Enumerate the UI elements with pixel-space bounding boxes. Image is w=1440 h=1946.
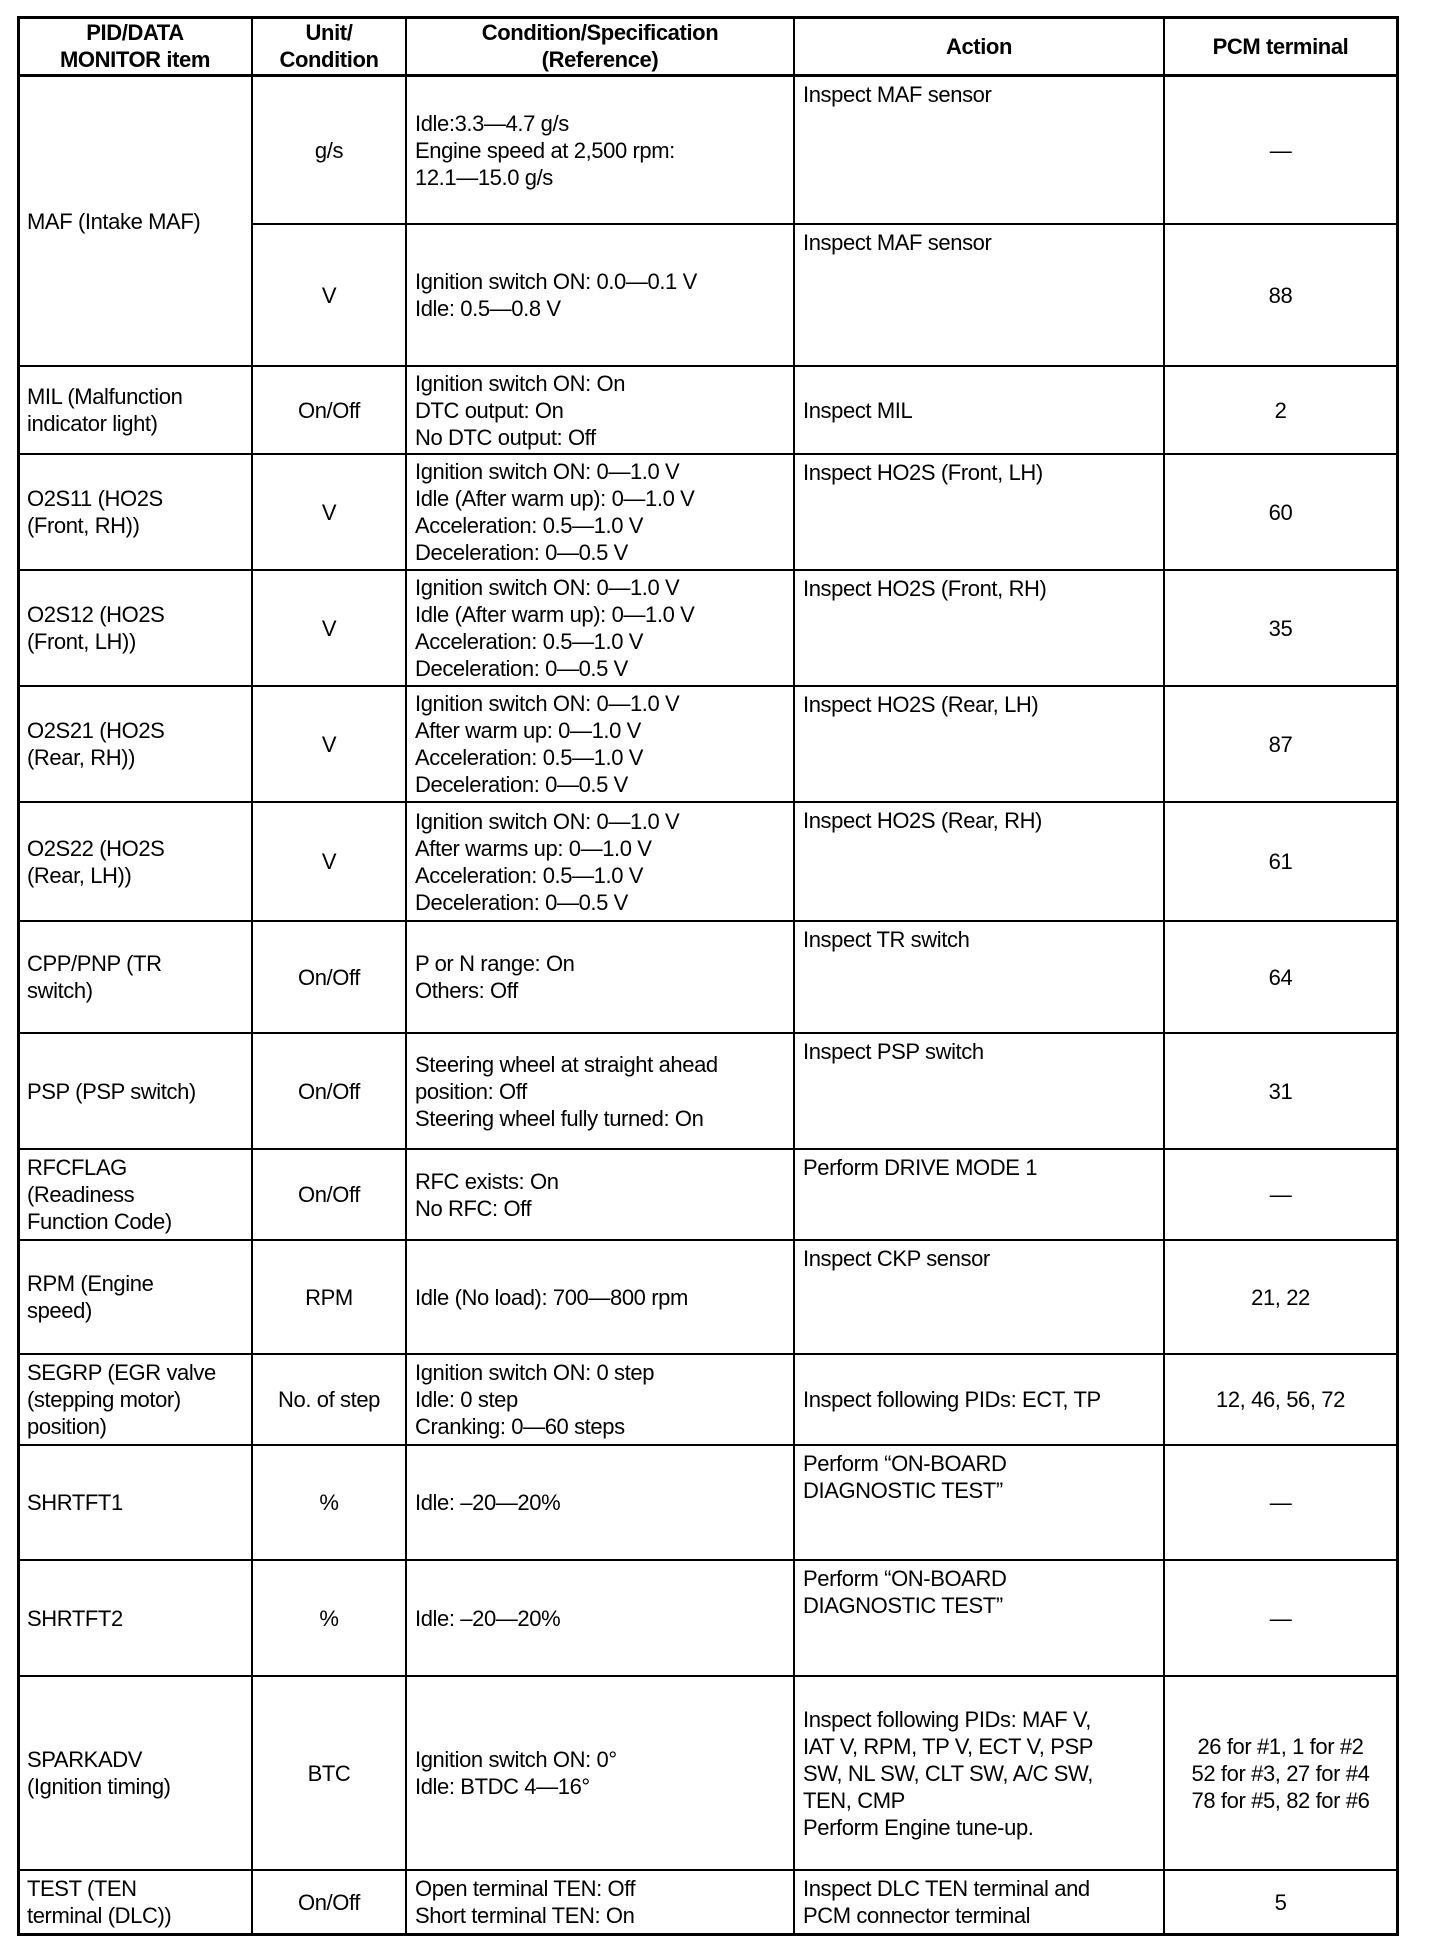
table-row-unit-text: On/Off: [298, 1889, 360, 1916]
header-unit: Unit/ Condition: [251, 16, 407, 77]
table-row-item: PSP (PSP switch): [17, 1032, 253, 1150]
table-row-condition: Idle (No load): 700—800 rpm: [405, 1239, 795, 1355]
table-row-action-text: Inspect MAF sensor: [803, 229, 991, 256]
table-row-pcm-terminal-text: 35: [1269, 615, 1293, 642]
table-row-item: O2S11 (HO2S (Front, RH)): [17, 453, 253, 571]
table-row-item-text: O2S12 (HO2S (Front, LH)): [27, 601, 164, 655]
table-row-condition: Idle: –20—20%: [405, 1444, 795, 1561]
table-row-action-text: Inspect CKP sensor: [803, 1245, 990, 1272]
table-row-item-text: MIL (Malfunction indicator light): [27, 383, 182, 437]
table-row-unit-text: RPM: [305, 1284, 353, 1311]
table-row-condition-text: Ignition switch ON: 0—1.0 V Idle (After …: [415, 458, 694, 566]
table-row-item-text: SEGRP (EGR valve (stepping motor) positi…: [27, 1359, 216, 1440]
table-row-unit: RPM: [251, 1239, 407, 1355]
table-row-unit-text: V: [322, 848, 336, 875]
table-row-item: SHRTFT1: [17, 1444, 253, 1561]
table-row-condition: Ignition switch ON: On DTC output: On No…: [405, 365, 795, 455]
table-row-pcm-terminal: —: [1163, 1444, 1398, 1561]
table-row-pcm-terminal-text: 61: [1269, 848, 1293, 875]
table-row-action: Inspect CKP sensor: [793, 1239, 1165, 1355]
table-row-condition-text: P or N range: On Others: Off: [415, 950, 575, 1004]
table-row-pcm-terminal-text: 2: [1275, 397, 1287, 424]
table-row-condition-text: Ignition switch ON: 0° Idle: BTDC 4—16°: [415, 1746, 617, 1800]
table-row-action: Inspect following PIDs: MAF V, IAT V, RP…: [793, 1675, 1165, 1871]
header-condition: Condition/Specification (Reference): [405, 16, 795, 77]
table-row-unit-text: On/Off: [298, 964, 360, 991]
table-row-pcm-terminal: 87: [1163, 685, 1398, 803]
table-row-unit: g/s: [251, 75, 407, 225]
table-row-condition-text: RFC exists: On No RFC: Off: [415, 1168, 559, 1222]
table-row-unit-text: %: [319, 1489, 338, 1516]
table-row-condition: Idle:3.3—4.7 g/s Engine speed at 2,500 r…: [405, 75, 795, 225]
table-row-pcm-terminal: 26 for #1, 1 for #2 52 for #3, 27 for #4…: [1163, 1675, 1398, 1871]
table-row-unit-text: On/Off: [298, 397, 360, 424]
header-action-text: Action: [946, 33, 1012, 60]
table-row-pcm-terminal: 5: [1163, 1869, 1398, 1935]
table-row-action-text: Inspect MAF sensor: [803, 81, 991, 108]
table-row-action-text: Inspect PSP switch: [803, 1038, 984, 1065]
table-row-item: MIL (Malfunction indicator light): [17, 365, 253, 455]
table-row-pcm-terminal: —: [1163, 1559, 1398, 1677]
header-pid-item: PID/DATA MONITOR item: [17, 16, 253, 77]
table-row-pcm-terminal-text: 88: [1269, 282, 1293, 309]
table-row-pcm-terminal-text: 31: [1269, 1078, 1293, 1105]
table-row-action-text: Inspect TR switch: [803, 926, 969, 953]
table-row-action-text: Inspect DLC TEN terminal and PCM connect…: [803, 1875, 1090, 1929]
table-row-unit: V: [251, 569, 407, 687]
table-row-item: MAF (Intake MAF): [17, 75, 253, 367]
table-row-condition-text: Idle (No load): 700—800 rpm: [415, 1284, 688, 1311]
table-row-action-text: Inspect MIL: [803, 397, 912, 424]
table-row-condition: Ignition switch ON: 0° Idle: BTDC 4—16°: [405, 1675, 795, 1871]
table-row-condition-text: Ignition switch ON: 0 step Idle: 0 step …: [415, 1359, 654, 1440]
table-row-condition: RFC exists: On No RFC: Off: [405, 1148, 795, 1241]
table-row-unit: On/Off: [251, 365, 407, 455]
table-row-item-text: SHRTFT1: [27, 1489, 123, 1516]
table-row-pcm-terminal-text: —: [1270, 1605, 1292, 1632]
table-row-condition: Idle: –20—20%: [405, 1559, 795, 1677]
table-row-pcm-terminal: 88: [1163, 223, 1398, 367]
table-row-unit: V: [251, 685, 407, 803]
table-row-pcm-terminal-text: 21, 22: [1251, 1284, 1310, 1311]
table-row-action: Inspect following PIDs: ECT, TP: [793, 1353, 1165, 1446]
table-row-unit-text: On/Off: [298, 1078, 360, 1105]
table-row-pcm-terminal: 60: [1163, 453, 1398, 571]
table-row-item-text: O2S22 (HO2S (Rear, LH)): [27, 835, 164, 889]
table-row-item-text: SHRTFT2: [27, 1605, 123, 1632]
table-row-unit: BTC: [251, 1675, 407, 1871]
table-row-condition-text: Ignition switch ON: On DTC output: On No…: [415, 370, 625, 451]
table-row-unit-text: No. of step: [278, 1386, 380, 1413]
table-row-item-text: O2S21 (HO2S (Rear, RH)): [27, 717, 164, 771]
table-row-item-text: O2S11 (HO2S (Front, RH)): [27, 485, 163, 539]
table-row-unit-text: V: [322, 615, 336, 642]
table-row-unit-text: On/Off: [298, 1181, 360, 1208]
table-row-pcm-terminal: 2: [1163, 365, 1398, 455]
table-row-item-text: TEST (TEN terminal (DLC)): [27, 1875, 171, 1929]
table-row-pcm-terminal-text: —: [1270, 1489, 1292, 1516]
table-row-action: Inspect MAF sensor: [793, 75, 1165, 225]
table-row-pcm-terminal: —: [1163, 75, 1398, 225]
table-row-action: Perform “ON-BOARD DIAGNOSTIC TEST”: [793, 1559, 1165, 1677]
table-row-item-text: CPP/PNP (TR switch): [27, 950, 162, 1004]
table-row-condition-text: Idle: –20—20%: [415, 1605, 560, 1632]
table-row-condition: Ignition switch ON: 0—1.0 V Idle (After …: [405, 453, 795, 571]
table-row-condition-text: Ignition switch ON: 0—1.0 V After warm u…: [415, 690, 679, 798]
table-row-pcm-terminal: 21, 22: [1163, 1239, 1398, 1355]
table-row-item: O2S22 (HO2S (Rear, LH)): [17, 801, 253, 922]
table-row-pcm-terminal: 61: [1163, 801, 1398, 922]
table-row-unit-text: g/s: [315, 137, 343, 164]
table-row-action-text: Perform “ON-BOARD DIAGNOSTIC TEST”: [803, 1450, 1006, 1504]
table-row-action: Inspect MAF sensor: [793, 223, 1165, 367]
table-row-pcm-terminal: 35: [1163, 569, 1398, 687]
table-row-unit: %: [251, 1444, 407, 1561]
table-row-condition-text: Steering wheel at straight ahead positio…: [415, 1051, 718, 1132]
table-row-unit-text: V: [322, 499, 336, 526]
table-row-pcm-terminal-text: —: [1270, 137, 1292, 164]
table-row-condition-text: Ignition switch ON: 0.0—0.1 V Idle: 0.5—…: [415, 268, 697, 322]
table-row-unit-text: V: [322, 282, 336, 309]
table-row-item-text: RPM (Engine speed): [27, 1270, 153, 1324]
table-row-pcm-terminal: —: [1163, 1148, 1398, 1241]
header-pid-item-text: PID/DATA MONITOR item: [60, 19, 210, 73]
table-row-unit-text: %: [319, 1605, 338, 1632]
table-row-action: Inspect HO2S (Rear, LH): [793, 685, 1165, 803]
table-row-condition: Ignition switch ON: 0—1.0 V After warm u…: [405, 685, 795, 803]
pid-data-monitor-table: PID/DATA MONITOR itemUnit/ ConditionCond…: [0, 0, 1440, 1946]
table-row-action: Perform “ON-BOARD DIAGNOSTIC TEST”: [793, 1444, 1165, 1561]
table-row-condition-text: Idle:3.3—4.7 g/s Engine speed at 2,500 r…: [415, 110, 675, 191]
table-row-action-text: Perform “ON-BOARD DIAGNOSTIC TEST”: [803, 1565, 1006, 1619]
table-row-unit: No. of step: [251, 1353, 407, 1446]
table-row-action-text: Inspect HO2S (Rear, RH): [803, 807, 1042, 834]
table-row-condition: Ignition switch ON: 0—1.0 V After warms …: [405, 801, 795, 922]
table-row-item-text: RFCFLAG (Readiness Function Code): [27, 1154, 172, 1235]
table-row-item: O2S21 (HO2S (Rear, RH)): [17, 685, 253, 803]
table-row-item-text: MAF (Intake MAF): [27, 208, 200, 235]
table-row-condition: Steering wheel at straight ahead positio…: [405, 1032, 795, 1150]
table-row-item: RFCFLAG (Readiness Function Code): [17, 1148, 253, 1241]
table-row-action: Inspect HO2S (Front, LH): [793, 453, 1165, 571]
table-row-pcm-terminal-text: —: [1270, 1181, 1292, 1208]
table-row-action: Inspect PSP switch: [793, 1032, 1165, 1150]
table-row-action: Inspect MIL: [793, 365, 1165, 455]
table-row-action: Inspect DLC TEN terminal and PCM connect…: [793, 1869, 1165, 1935]
table-row-unit: On/Off: [251, 1032, 407, 1150]
table-row-condition: Ignition switch ON: 0—1.0 V Idle (After …: [405, 569, 795, 687]
table-row-item: TEST (TEN terminal (DLC)): [17, 1869, 253, 1935]
table-row-action: Inspect HO2S (Front, RH): [793, 569, 1165, 687]
table-row-condition-text: Ignition switch ON: 0—1.0 V Idle (After …: [415, 574, 694, 682]
header-condition-text: Condition/Specification (Reference): [482, 19, 718, 73]
table-row-condition: Ignition switch ON: 0 step Idle: 0 step …: [405, 1353, 795, 1446]
header-action: Action: [793, 16, 1165, 77]
table-row-pcm-terminal: 12, 46, 56, 72: [1163, 1353, 1398, 1446]
table-row-condition: P or N range: On Others: Off: [405, 920, 795, 1034]
table-row-item-text: SPARKADV (Ignition timing): [27, 1746, 171, 1800]
table-row-unit-text: V: [322, 731, 336, 758]
table-row-pcm-terminal-text: 5: [1275, 1889, 1287, 1916]
table-row-condition: Open terminal TEN: Off Short terminal TE…: [405, 1869, 795, 1935]
table-row-unit: On/Off: [251, 1869, 407, 1935]
table-row-condition-text: Ignition switch ON: 0—1.0 V After warms …: [415, 808, 679, 916]
table-row-action-text: Inspect HO2S (Rear, LH): [803, 691, 1038, 718]
table-row-pcm-terminal: 31: [1163, 1032, 1398, 1150]
table-row-condition-text: Open terminal TEN: Off Short terminal TE…: [415, 1875, 635, 1929]
table-row-unit: V: [251, 801, 407, 922]
table-row-action: Perform DRIVE MODE 1: [793, 1148, 1165, 1241]
table-row-item: SEGRP (EGR valve (stepping motor) positi…: [17, 1353, 253, 1446]
table-row-pcm-terminal-text: 26 for #1, 1 for #2 52 for #3, 27 for #4…: [1192, 1733, 1370, 1814]
table-row-condition-text: Idle: –20—20%: [415, 1489, 560, 1516]
table-row-item: CPP/PNP (TR switch): [17, 920, 253, 1034]
header-pcm-terminal-text: PCM terminal: [1213, 33, 1349, 60]
table-row-unit-text: BTC: [308, 1760, 351, 1787]
table-row-action: Inspect TR switch: [793, 920, 1165, 1034]
table-row-item: SPARKADV (Ignition timing): [17, 1675, 253, 1871]
table-row-action-text: Inspect HO2S (Front, RH): [803, 575, 1046, 602]
table-row-action-text: Inspect following PIDs: ECT, TP: [803, 1386, 1101, 1413]
table-row-pcm-terminal-text: 60: [1269, 499, 1293, 526]
table-row-action-text: Inspect following PIDs: MAF V, IAT V, RP…: [803, 1706, 1093, 1841]
table-row-unit: On/Off: [251, 920, 407, 1034]
table-row-item: O2S12 (HO2S (Front, LH)): [17, 569, 253, 687]
table-row-pcm-terminal: 64: [1163, 920, 1398, 1034]
table-row-item-text: PSP (PSP switch): [27, 1078, 196, 1105]
table-row-unit: V: [251, 223, 407, 367]
table-row-action: Inspect HO2S (Rear, RH): [793, 801, 1165, 922]
table-row-condition: Ignition switch ON: 0.0—0.1 V Idle: 0.5—…: [405, 223, 795, 367]
table-row-action-text: Inspect HO2S (Front, LH): [803, 459, 1043, 486]
table-row-unit: %: [251, 1559, 407, 1677]
table-row-item: SHRTFT2: [17, 1559, 253, 1677]
header-unit-text: Unit/ Condition: [279, 19, 378, 73]
table-row-item: RPM (Engine speed): [17, 1239, 253, 1355]
table-row-unit: On/Off: [251, 1148, 407, 1241]
table-row-pcm-terminal-text: 87: [1269, 731, 1293, 758]
header-pcm-terminal: PCM terminal: [1163, 16, 1398, 77]
table-row-action-text: Perform DRIVE MODE 1: [803, 1154, 1037, 1181]
table-row-pcm-terminal-text: 64: [1269, 964, 1293, 991]
table-row-pcm-terminal-text: 12, 46, 56, 72: [1216, 1386, 1345, 1413]
table-row-unit: V: [251, 453, 407, 571]
